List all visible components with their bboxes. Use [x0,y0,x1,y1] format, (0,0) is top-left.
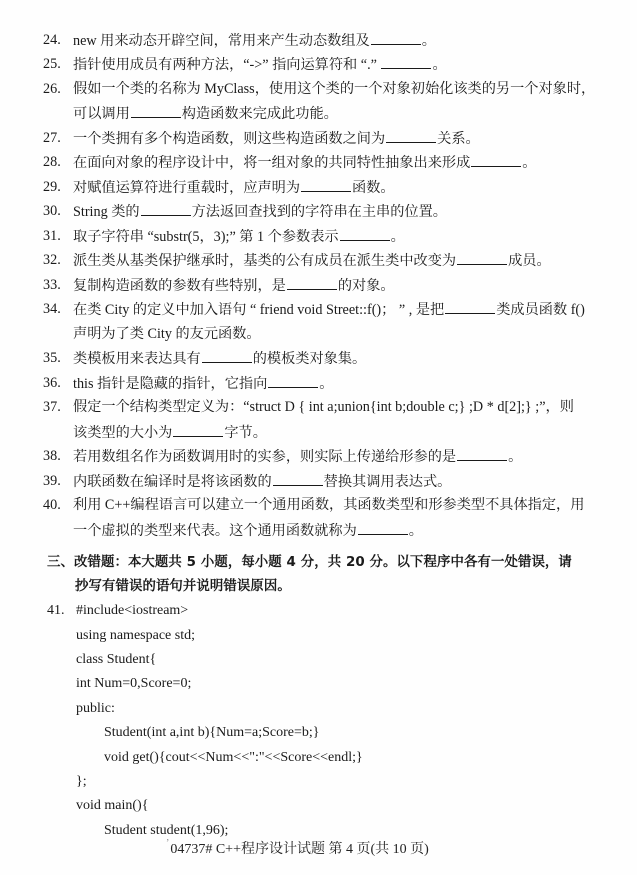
answer-blank [445,300,495,314]
answer-blank [141,202,191,216]
question-text: 在类 City 的定义中加入语句 “ friend void Street::f… [73,300,585,319]
answer-blank [301,178,351,192]
answer-blank [471,153,521,167]
question-number: 33. [43,276,73,294]
code-line: public: [76,700,115,718]
answer-blank [371,31,421,45]
question-text: 可以调用构造函数来完成此功能。 [73,104,338,123]
question-text: 指针使用成员有两种方法，“->” 指向运算符和 “.” 。 [73,55,447,74]
question-number: 26. [43,80,73,98]
question-number: 31. [43,227,73,245]
code-line: void get(){cout<<Num<<":"<<Score<<endl;} [104,749,363,767]
question-number: 24. [43,31,73,49]
question-number: 41. [47,602,77,620]
answer-blank [381,55,431,69]
question-number: 25. [43,55,73,73]
answer-blank [386,129,436,143]
section-3-header: 三、改错题：本大题共 5 小题，每小题 4 分，共 20 分。以下程序中各有一处… [47,554,572,572]
question-number: 35. [43,349,73,367]
answer-blank [273,472,323,486]
answer-blank [131,104,181,118]
section-3-header-continuation: 抄写有错误的语句并说明错误原因。 [75,578,291,596]
question-text: 一个类拥有多个构造函数，则这些构造函数之间为关系。 [73,129,480,148]
question-number: 36. [43,374,73,392]
page-footer: ’04737# C++程序设计试题 第 4 页(共 10 页) [166,838,429,858]
question-text: 内联函数在编译时是将该函数的替换其调用表达式。 [73,472,451,491]
code-line: void main(){ [76,797,148,815]
question-number: 30. [43,202,73,220]
question-number: 29. [43,178,73,196]
footer-text: 04737# C++程序设计试题 第 4 页(共 10 页) [170,842,428,857]
question-text: 复制构造函数的参数有些特别，是的对象。 [73,276,395,295]
question-text: 该类型的大小为字节。 [73,423,267,442]
code-line: class Student{ [76,651,156,669]
question-text: new 用来动态开辟空间，常用来产生动态数组及。 [73,31,436,50]
question-text: 在面向对象的程序设计中，将一组对象的共同特性抽象出来形成。 [73,153,536,172]
question-number: 39. [43,472,73,490]
question-text: 假如一个类的名称为 MyClass，使用这个类的一个对象初始化该类的另一个对象时… [73,80,595,98]
answer-blank [358,521,408,535]
code-line: }; [76,773,87,791]
question-text: 一个虚拟的类型来代表。这个通用函数就称为。 [73,521,423,540]
question-number: 27. [43,129,73,147]
question-text: 类模板用来表达具有的模板类对象集。 [73,349,366,368]
answer-blank [287,276,337,290]
question-text: 对赋值运算符进行重载时，应声明为函数。 [73,178,395,197]
question-number: 32. [43,251,73,269]
question-text: 取子字符串 “substr(5，3);” 第 1 个参数表示。 [73,227,405,246]
question-text: 假定一个结构类型定义为：“struct D { int a;union{int … [73,398,574,416]
question-number: 38. [43,447,73,465]
answer-blank [268,374,318,388]
question-text: 声明为了类 City 的友元函数。 [73,325,261,343]
exam-page: 24. new 用来动态开辟空间，常用来产生动态数组及。 25. 指针使用成员有… [0,0,637,875]
question-text: 派生类从基类保护继承时，基类的公有成员在派生类中改变为成员。 [73,251,551,270]
answer-blank [202,349,252,363]
question-text: this 指针是隐藏的指针，它指向。 [73,374,334,393]
question-text: 若用数组名作为函数调用时的实参，则实际上传递给形参的是。 [73,447,522,466]
question-text: 利用 C++编程语言可以建立一个通用函数，其函数类型和形参类型不具体指定，用 [73,496,584,514]
answer-blank [457,251,507,265]
answer-blank [173,423,223,437]
question-number: 28. [43,153,73,171]
scan-mark: ’ [166,838,169,849]
code-line: #include<iostream> [76,602,188,620]
code-line: int Num=0,Score=0; [76,675,191,693]
question-text: String 类的方法返回查找到的字符串在主串的位置。 [73,202,447,221]
code-line: Student(int a,int b){Num=a;Score=b;} [104,724,319,742]
question-number: 34. [43,300,73,318]
code-line: using namespace std; [76,627,195,645]
question-number: 37. [43,398,73,416]
answer-blank [457,447,507,461]
question-number: 40. [43,496,73,514]
answer-blank [340,227,390,241]
